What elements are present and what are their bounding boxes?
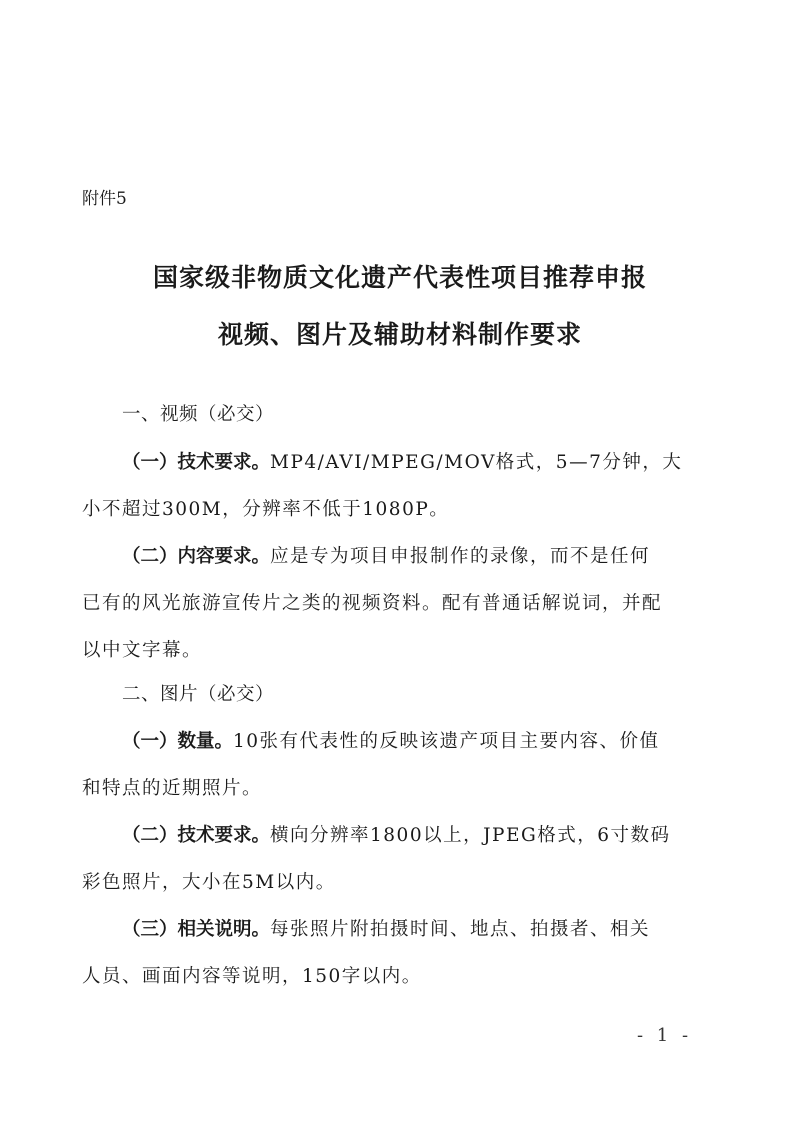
paragraph-video-content-cont: 已有的风光旅游宣传片之类的视频资料。配有普通话解说词，并配 — [82, 589, 662, 615]
document-title-line1: 国家级非物质文化遗产代表性项目推荐申报 — [0, 258, 800, 294]
paragraph-images-notes: （三）相关说明。每张照片附拍摄时间、地点、拍摄者、相关 — [122, 915, 650, 941]
item-label: （二）技术要求。 — [122, 825, 270, 846]
item-text: 10张有代表性的反映该遗产项目主要内容、价值 — [233, 731, 660, 752]
item-text: 每张照片附拍摄时间、地点、拍摄者、相关 — [270, 919, 650, 940]
paragraph-video-tech-cont: 小不超过300M，分辨率不低于1080P。 — [82, 495, 449, 521]
item-label: （二）内容要求。 — [122, 546, 270, 567]
paragraph-video-content-cont2: 以中文字幕。 — [82, 636, 202, 662]
item-label: （三）相关说明。 — [122, 919, 270, 940]
attachment-label: 附件5 — [82, 184, 127, 209]
paragraph-images-notes-cont: 人员、画面内容等说明，150字以内。 — [82, 962, 422, 988]
item-text: 应是专为项目申报制作的录像，而不是任何 — [270, 546, 650, 567]
section-heading-video: 一、视频（必交） — [122, 400, 274, 426]
item-text: 横向分辨率1800以上，JPEG格式，6寸数码 — [270, 825, 671, 846]
document-title-line2: 视频、图片及辅助材料制作要求 — [0, 315, 800, 351]
item-label: （一）技术要求。 — [122, 452, 270, 473]
item-label: （一）数量。 — [122, 731, 233, 752]
paragraph-images-tech: （二）技术要求。横向分辨率1800以上，JPEG格式，6寸数码 — [122, 821, 671, 847]
section-heading-images: 二、图片（必交） — [122, 680, 274, 706]
paragraph-video-content: （二）内容要求。应是专为项目申报制作的录像，而不是任何 — [122, 542, 650, 568]
paragraph-images-tech-cont: 彩色照片，大小在5M以内。 — [82, 868, 336, 894]
paragraph-video-tech: （一）技术要求。MP4/AVI/MPEG/MOV格式，5—7分钟，大 — [122, 448, 682, 474]
paragraph-images-count: （一）数量。10张有代表性的反映该遗产项目主要内容、价值 — [122, 727, 660, 753]
page-number: - 1 - — [637, 1025, 692, 1046]
paragraph-images-count-cont: 和特点的近期照片。 — [82, 774, 262, 800]
item-text: MP4/AVI/MPEG/MOV格式，5—7分钟，大 — [270, 452, 682, 473]
